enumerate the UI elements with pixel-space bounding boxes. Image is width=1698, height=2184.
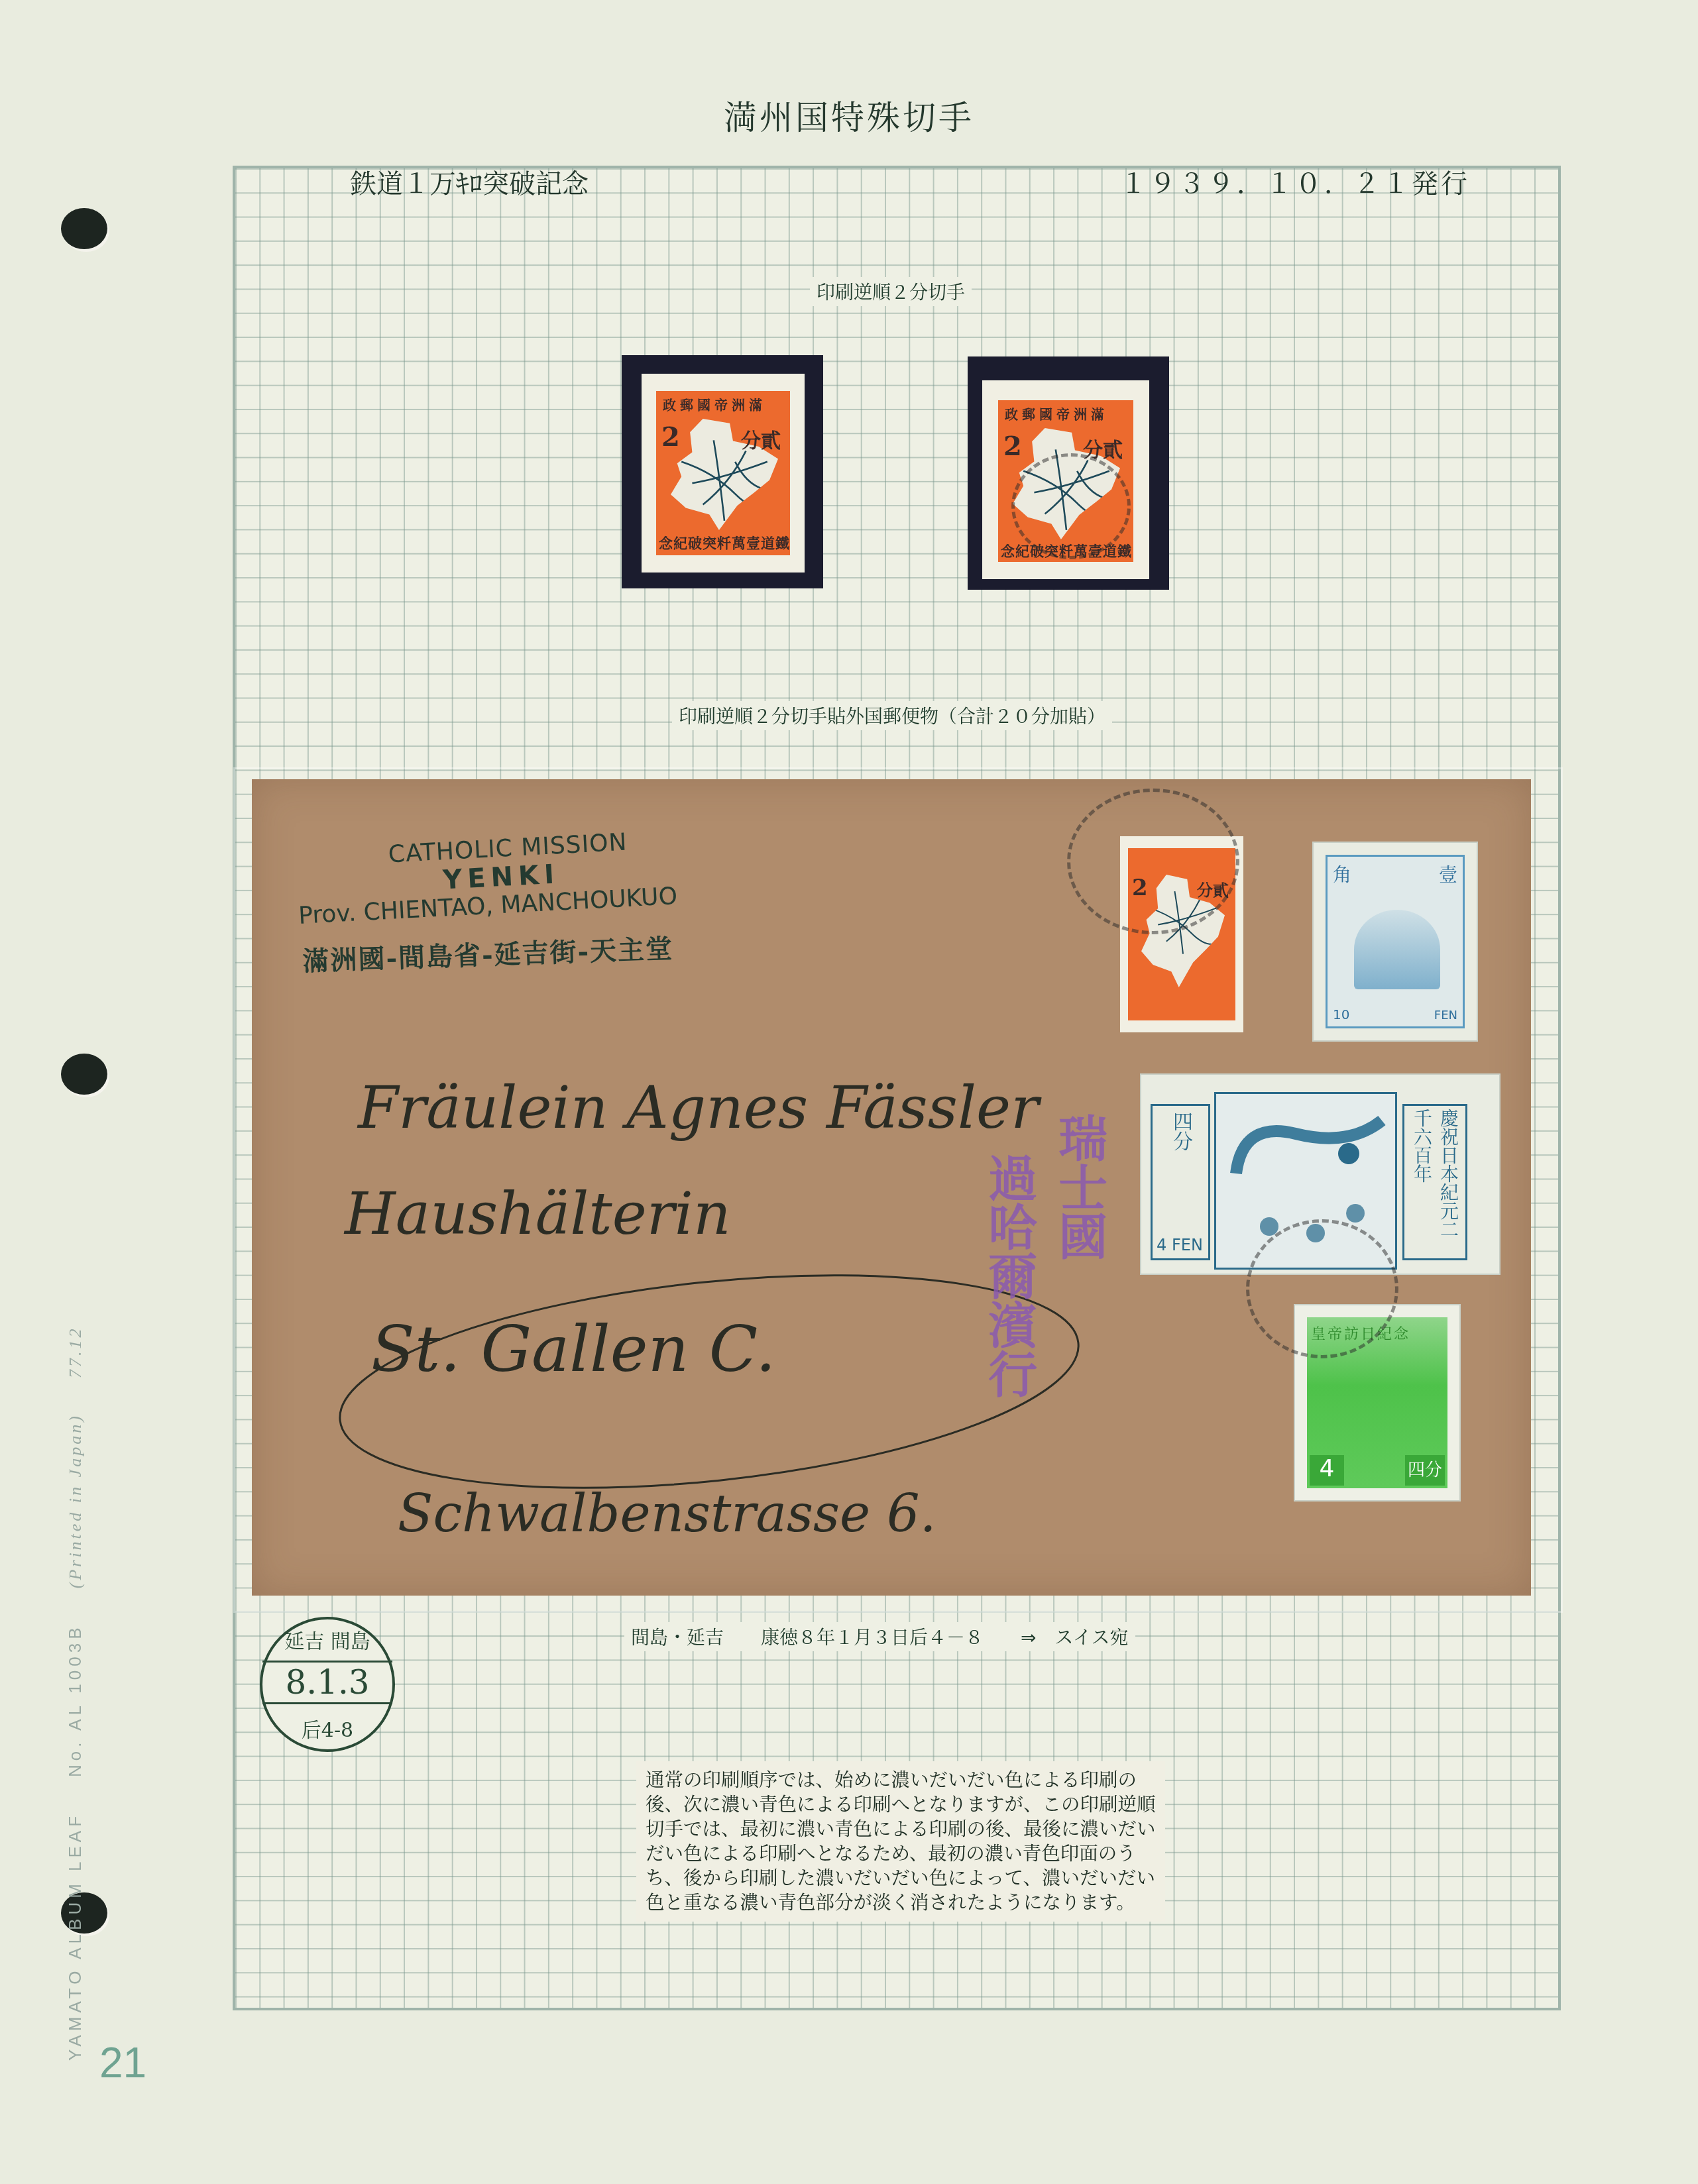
album-imprint: YAMATO ALBUM LEAF No. AL 1003B (Printed … bbox=[65, 1326, 85, 2061]
stamp-left-panel: 四分 4 FEN bbox=[1151, 1104, 1210, 1260]
inverted-print-caption: 印刷逆順２分切手 bbox=[810, 277, 972, 306]
postmark-top-text: 延吉 間島 bbox=[262, 1625, 392, 1654]
stamp-denomination: 4 bbox=[1310, 1455, 1344, 1486]
imprint-number: No. AL 1003B bbox=[65, 1624, 85, 1778]
postmark-date: 8.1.3 bbox=[262, 1661, 392, 1704]
cancellation-mark bbox=[1011, 453, 1131, 559]
stamp-top-text: 政郵國帝洲滿 bbox=[1005, 404, 1108, 423]
postmark-time: 后4-8 bbox=[262, 1714, 392, 1743]
stamp-top-text: 政郵國帝洲滿 bbox=[663, 395, 766, 414]
stamp-mount-2: 政郵國帝洲滿 2 分貳 念紀破突粁萬壹道鐵 bbox=[968, 356, 1169, 590]
routing-mark-switzerland: 瑞士國 bbox=[1047, 1113, 1111, 1260]
imprint-printed: (Printed in Japan) bbox=[66, 1413, 85, 1588]
stamp-right-panel: 慶祝日本紀元二千六百年 bbox=[1402, 1104, 1467, 1260]
punch-hole-middle bbox=[61, 1054, 107, 1095]
address-line-2: Haushälterin bbox=[345, 1179, 731, 1248]
postmark-caption: 間島・延吉 康徳８年１月３日后４－８ ⇒ スイス宛 bbox=[624, 1622, 1135, 1651]
cover-stamp-10fen[interactable]: 角 壹 10 FEN bbox=[1312, 842, 1478, 1042]
stamp-right-text: 慶祝日本紀元二千六百年 bbox=[1408, 1109, 1461, 1254]
stamp-face: 政郵國帝洲滿 2 分貳 念紀破突粁萬壹道鐵 bbox=[656, 391, 790, 555]
stamp-unused[interactable]: 政郵國帝洲滿 2 分貳 念紀破突粁萬壹道鐵 bbox=[642, 374, 805, 573]
stamp-left-text: 四分 bbox=[1166, 1111, 1195, 1151]
sender-line-4: 滿洲國-間島省-延吉街-天主堂 bbox=[298, 928, 678, 979]
cover-postmark-2 bbox=[1246, 1219, 1398, 1358]
sender-address: CATHOLIC MISSION YENKI Prov. CHIENTAO, M… bbox=[298, 835, 677, 972]
issue-date: １９３９．１０．２１発行 bbox=[1120, 163, 1470, 201]
stamp-denomination: 2 bbox=[661, 421, 680, 453]
postmark-drawing: 延吉 間島 8.1.3 后4-8 bbox=[260, 1617, 395, 1752]
stamp-right-text: 四分 bbox=[1405, 1455, 1445, 1486]
explanation-note: 通常の印刷順序では、始めに濃いだいだい色による印刷の後、次に濃い青色による印刷へ… bbox=[636, 1761, 1165, 1922]
imprint-brand: YAMATO ALBUM LEAF bbox=[65, 1812, 85, 2061]
cover-caption: 印刷逆順２分切手貼外国郵便物（合計２０分加貼） bbox=[672, 701, 1112, 730]
stamp-denomination-kanji: 分貳 bbox=[741, 424, 781, 453]
routing-mark-harbin: 過哈爾濱行 bbox=[977, 1153, 1041, 1398]
address-line-1: Fräulein Agnes Fässler bbox=[358, 1073, 1039, 1142]
issue-name: 鉄道１万ｷﾛ突破記念 bbox=[350, 163, 589, 201]
album-page: YAMATO ALBUM LEAF No. AL 1003B (Printed … bbox=[0, 0, 1698, 2184]
stamp-denomination: 2 bbox=[1003, 431, 1022, 462]
stamp-used[interactable]: 政郵國帝洲滿 2 分貳 念紀破突粁萬壹道鐵 bbox=[982, 380, 1149, 579]
address-ellipse bbox=[331, 1246, 1087, 1524]
stamp-corner-left: 角 bbox=[1333, 861, 1351, 887]
imprint-code: 77.12 bbox=[66, 1326, 85, 1378]
landscape-vignette bbox=[1354, 910, 1440, 989]
page-number: 21 bbox=[99, 2038, 146, 2087]
stamp-denomination: 4 FEN bbox=[1157, 1236, 1203, 1254]
page-title: 満州国特殊切手 bbox=[0, 91, 1698, 139]
stamp-bottom-text: 念紀破突粁萬壹道鐵 bbox=[659, 533, 790, 553]
stamp-denomination: 10 bbox=[1333, 1007, 1349, 1022]
stamp-mount-1: 政郵國帝洲滿 2 分貳 念紀破突粁萬壹道鐵 bbox=[622, 355, 823, 588]
stamp-unit: FEN bbox=[1434, 1009, 1457, 1022]
stamp-face: 政郵國帝洲滿 2 分貳 念紀破突粁萬壹道鐵 bbox=[998, 400, 1133, 562]
stamp-corner-right: 壹 bbox=[1439, 861, 1457, 887]
stamp-face: 角 壹 10 FEN bbox=[1326, 855, 1465, 1028]
punch-hole-top bbox=[61, 208, 107, 249]
cover-postmark-1 bbox=[1067, 789, 1239, 934]
